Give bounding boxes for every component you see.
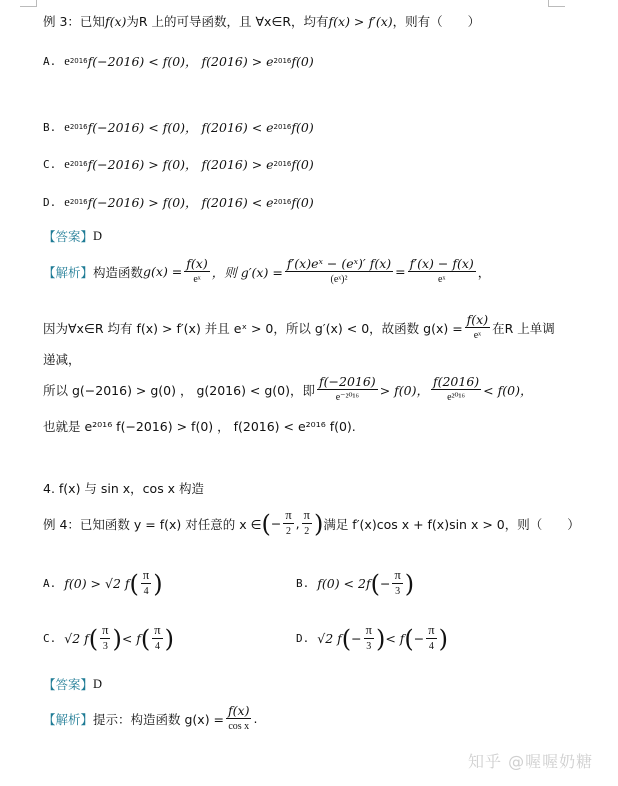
fraction: f(x)eˣ [184, 256, 209, 287]
numerator: π [141, 568, 151, 584]
exponent: 2016 [274, 160, 292, 168]
left-paren: ( [371, 570, 380, 598]
fraction: f′(x)eˣ − (eˣ)′ f(x)(eˣ)² [285, 256, 393, 287]
text: 例 4：已知函数 y = f(x) 对任意的 x ∈ [43, 515, 261, 533]
text: 因为∀x∈R 均有 f(x) > f′(x) 并且 eˣ > 0，所以 g′(x… [43, 319, 463, 337]
exponent: 2016 [70, 57, 88, 65]
denominator: 2 [286, 524, 291, 539]
option-label: D. [296, 632, 309, 645]
numerator: f(−2016) [317, 374, 378, 390]
example4-option-c: C. √2 f ( π3 ) < f ( π4 ) [43, 623, 174, 654]
denominator: eˣ [193, 272, 200, 287]
example3-analysis-line3: 递减， [43, 350, 81, 368]
numerator: f(x) [184, 256, 209, 272]
exponent: 2016 [274, 123, 292, 131]
option-label: B. [296, 577, 309, 590]
answer-value: D [93, 677, 102, 692]
math: f(−2016) > f(0)， f(2016) < e [88, 193, 274, 211]
right-paren: ) [314, 510, 323, 538]
denominator: 3 [366, 639, 371, 654]
denominator: cos x [228, 719, 249, 734]
fraction: f(x)eˣ [465, 312, 490, 343]
text: ， [478, 263, 491, 281]
watermark: 知乎 @喔喔奶糖 [468, 749, 593, 772]
math: f(0) < 2f [317, 576, 370, 591]
left-paren: ( [342, 625, 351, 653]
right-paren: ) [165, 625, 174, 653]
denominator: 4 [155, 639, 160, 654]
text: 在R 上单调 [492, 319, 555, 337]
example3-option-b: B. e2016 f(−2016) < f(0)， f(2016) < e201… [43, 118, 314, 136]
math: f(x) > f′(x) [329, 14, 393, 29]
text: . [253, 711, 257, 726]
denominator: eˣ [438, 272, 445, 287]
fraction: π2 [283, 508, 293, 539]
left-paren: ( [130, 570, 139, 598]
example3-analysis-line1: 【解析】 构造函数 g(x) = f(x)eˣ ，则 g′(x) = f′(x)… [43, 256, 490, 287]
denominator: 3 [395, 584, 400, 599]
math: < f [122, 631, 141, 646]
section4-heading: 4. f(x) 与 sin x，cos x 构造 [43, 479, 204, 497]
example3-analysis-line4: 所以 g(−2016) > g(0) ， g(2016) < g(0)，即 f(… [43, 374, 532, 405]
example3-question: 例 3：已知 f(x) 为R 上的可导函数，且 ∀x∈R，均有 f(x) > f… [43, 12, 480, 30]
math: √2 f [317, 631, 342, 646]
text: 也就是 e²⁰¹⁶ f(−2016) > f(0) ， f(2016) < e²… [43, 417, 356, 435]
answer-value: D [93, 229, 102, 244]
text: 例 3：已知 [43, 12, 105, 30]
exponent: 2016 [274, 198, 292, 206]
text: 递减， [43, 350, 81, 368]
example3-option-a: A. e2016 f(−2016) < f(0)， f(2016) > e201… [43, 52, 314, 70]
text: 为R 上的可导函数，且 ∀x∈R，均有 [126, 12, 328, 30]
math: < f [385, 631, 404, 646]
option-label: D. [43, 196, 56, 209]
math: f(0) [291, 120, 313, 135]
math: g(x) = [143, 264, 182, 279]
denominator: e²⁰¹⁶ [447, 390, 465, 405]
numerator: f(x) [226, 703, 251, 719]
right-paren: ) [153, 570, 162, 598]
example4-option-a: A. f(0) > √2 f ( π4 ) [43, 568, 163, 599]
exponent: 2016 [70, 160, 88, 168]
denominator: 3 [103, 639, 108, 654]
exponent: 2016 [70, 198, 88, 206]
example3-option-c: C. e2016 f(−2016) > f(0)， f(2016) > e201… [43, 155, 314, 173]
fraction: π2 [302, 508, 312, 539]
text: 所以 g(−2016) > g(0) ， g(2016) < g(0)，即 [43, 381, 315, 399]
fraction: π4 [426, 623, 436, 654]
analysis-tag: 【解析】 [43, 263, 93, 281]
fraction: π4 [141, 568, 151, 599]
right-paren: ) [376, 625, 385, 653]
numerator: f′(x)eˣ − (eˣ)′ f(x) [285, 256, 393, 272]
fraction: π3 [364, 623, 374, 654]
math: > f(0)， [380, 381, 429, 399]
left-paren: ( [141, 625, 150, 653]
denominator: eˣ [474, 328, 481, 343]
numerator: π [302, 508, 312, 524]
example3-analysis-line2: 因为∀x∈R 均有 f(x) > f′(x) 并且 eˣ > 0，所以 g′(x… [43, 312, 555, 343]
right-paren: ) [405, 570, 414, 598]
fraction: π3 [392, 568, 402, 599]
minus: − [351, 631, 361, 646]
numerator: π [152, 623, 162, 639]
numerator: π [100, 623, 110, 639]
numerator: π [283, 508, 293, 524]
denominator: 2 [304, 524, 309, 539]
minus: − [414, 631, 424, 646]
option-label: C. [43, 158, 56, 171]
numerator: π [392, 568, 402, 584]
option-label: C. [43, 632, 56, 645]
numerator: f′(x) − f(x) [408, 256, 476, 272]
fraction: f(−2016)e⁻²⁰¹⁶ [317, 374, 378, 405]
math: f(x) [105, 14, 126, 29]
example4-option-d: D. √2 f ( − π3 ) < f ( − π4 ) [296, 623, 448, 654]
numerator: f(2016) [431, 374, 481, 390]
fraction: f(2016)e²⁰¹⁶ [431, 374, 481, 405]
left-paren: ( [404, 625, 413, 653]
math: f(−2016) > f(0)， f(2016) > e [88, 155, 274, 173]
math: f(−2016) < f(0)， f(2016) > e [88, 52, 274, 70]
example3-option-d: D. e2016 f(−2016) > f(0)， f(2016) < e201… [43, 193, 314, 211]
page-corner-mark-right [548, 0, 565, 7]
fraction: f(x)cos x [226, 703, 251, 734]
denominator: e⁻²⁰¹⁶ [336, 390, 359, 405]
right-paren: ) [439, 625, 448, 653]
math: < f(0)， [483, 381, 532, 399]
text: 提示：构造函数 g(x) = [93, 710, 224, 728]
math: f(0) > √2 f [64, 576, 129, 591]
fraction: f′(x) − f(x)eˣ [408, 256, 476, 287]
text: ，则有（ ） [393, 12, 481, 30]
fraction: π3 [100, 623, 110, 654]
exponent: 2016 [70, 123, 88, 131]
minus: − [380, 576, 390, 591]
example4-question: 例 4：已知函数 y = f(x) 对任意的 x ∈ ( − π2, π2 ) … [43, 508, 580, 539]
answer-tag: 【答案】 [43, 227, 93, 245]
fraction: π4 [152, 623, 162, 654]
math: ，则 g′(x) = [212, 263, 283, 281]
answer-tag: 【答案】 [43, 675, 93, 693]
example3-analysis-line5: 也就是 e²⁰¹⁶ f(−2016) > f(0) ， f(2016) < e²… [43, 417, 356, 435]
analysis-tag: 【解析】 [43, 710, 93, 728]
math: f(−2016) < f(0)， f(2016) < e [88, 118, 274, 136]
denominator: (eˣ)² [330, 272, 347, 287]
example3-answer: 【答案】 D [43, 227, 102, 245]
math: = [395, 264, 405, 279]
text: 满足 f′(x)cos x + f(x)sin x > 0，则（ ） [323, 515, 579, 533]
denominator: 4 [144, 584, 149, 599]
math: f(0) [291, 54, 313, 69]
example4-answer: 【答案】 D [43, 675, 102, 693]
right-paren: ) [112, 625, 121, 653]
text: 构造函数 [93, 263, 143, 281]
numerator: π [426, 623, 436, 639]
example4-option-b: B. f(0) < 2f ( − π3 ) [296, 568, 414, 599]
numerator: π [364, 623, 374, 639]
section-title: 4. f(x) 与 sin x，cos x 构造 [43, 479, 204, 497]
option-label: A. [43, 577, 56, 590]
math: √2 f [64, 631, 89, 646]
left-paren: ( [89, 625, 98, 653]
math: f(0) [291, 195, 313, 210]
numerator: f(x) [465, 312, 490, 328]
math: f(0) [291, 157, 313, 172]
exponent: 2016 [274, 57, 292, 65]
option-label: A. [43, 55, 56, 68]
example4-analysis: 【解析】 提示：构造函数 g(x) = f(x)cos x . [43, 703, 257, 734]
option-label: B. [43, 121, 56, 134]
minus: − [271, 516, 281, 531]
left-paren: ( [261, 510, 270, 538]
page-corner-mark-left [20, 0, 37, 7]
denominator: 4 [429, 639, 434, 654]
